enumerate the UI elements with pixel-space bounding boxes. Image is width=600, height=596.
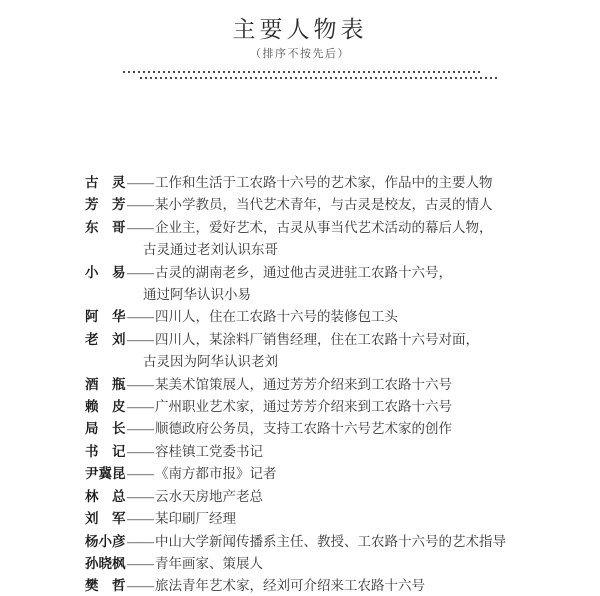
character-description: 某美术馆策展人，通过芳芳介绍来到工农路十六号	[155, 374, 560, 396]
character-description: 旅法青年艺术家，经刘可介绍来工农路十六号	[155, 575, 560, 596]
character-name: 刘 军	[85, 508, 127, 530]
character-entry: 尹冀昆 —— 《南方都市报》记者	[85, 463, 560, 485]
dash-separator: ——	[127, 217, 155, 239]
dash-separator: ——	[127, 194, 155, 216]
character-description-line: 工作和生活于工农路十六号的艺术家，作品中的主要人物	[155, 172, 560, 194]
character-description-line: 四川人，住在工农路十六号的装修包工头	[155, 306, 560, 328]
character-name: 林 总	[85, 486, 127, 508]
character-description: 青年画家、策展人	[155, 553, 560, 575]
character-description-line: 古灵的湖南老乡，通过他古灵进驻工农路十六号，	[155, 262, 560, 284]
dash-separator: ——	[127, 486, 155, 508]
character-description: 中山大学新闻传播系主任、教授、工农路十六号的艺术指导	[155, 531, 560, 553]
character-name: 东 哥	[85, 217, 127, 239]
book-page: 主要人物表 （排序不按先后） 古 灵 —— 工作和生活于工农路十六号的艺术家，作…	[0, 0, 600, 596]
character-description-line: 云水天房地产老总	[155, 486, 560, 508]
character-description: 某印刷厂经理	[155, 508, 560, 530]
character-entry: 书 记 —— 容桂镇工党委书记	[85, 441, 560, 463]
character-description: 工作和生活于工农路十六号的艺术家，作品中的主要人物	[155, 172, 560, 194]
character-description-line: 企业主，爱好艺术，古灵从事当代艺术活动的幕后人物，	[155, 217, 560, 239]
character-description: 广州职业艺术家，通过芳芳介绍来到工农路十六号	[155, 396, 560, 418]
character-entry: 老 刘 —— 四川人，某涂料厂销售经理，住在工农路十六号对面，古灵因为阿华认识老…	[85, 329, 560, 374]
character-description: 四川人，住在工农路十六号的装修包工头	[155, 306, 560, 328]
character-entry: 孙晓枫 —— 青年画家、策展人	[85, 553, 560, 575]
character-description-line: 古灵通过老刘认识东哥	[143, 239, 560, 261]
character-name: 小 易	[85, 262, 127, 284]
character-description-line: 《南方都市报》记者	[155, 463, 560, 485]
character-description-line: 广州职业艺术家，通过芳芳介绍来到工农路十六号	[155, 396, 560, 418]
character-name: 杨小彦	[85, 531, 127, 553]
character-list: 古 灵 —— 工作和生活于工农路十六号的艺术家，作品中的主要人物 芳 芳 —— …	[85, 172, 560, 596]
character-name: 芳 芳	[85, 194, 127, 216]
character-description: 容桂镇工党委书记	[155, 441, 560, 463]
dash-separator: ——	[127, 441, 155, 463]
character-name: 孙晓枫	[85, 553, 127, 575]
page-title: 主要人物表	[0, 0, 600, 45]
dash-separator: ——	[127, 374, 155, 396]
character-name: 樊 哲	[85, 575, 127, 596]
dash-separator: ——	[127, 396, 155, 418]
character-description: 古灵的湖南老乡，通过他古灵进驻工农路十六号，通过阿华认识小易	[155, 262, 560, 307]
character-name: 尹冀昆	[85, 463, 127, 485]
character-description-line: 容桂镇工党委书记	[155, 441, 560, 463]
dash-separator: ——	[127, 418, 155, 440]
character-entry: 杨小彦 —— 中山大学新闻传播系主任、教授、工农路十六号的艺术指导	[85, 531, 560, 553]
character-entry: 樊 哲 —— 旅法青年艺术家，经刘可介绍来工农路十六号	[85, 575, 560, 596]
character-entry: 酒 瓶 —— 某美术馆策展人，通过芳芳介绍来到工农路十六号	[85, 374, 560, 396]
character-description-line: 中山大学新闻传播系主任、教授、工农路十六号的艺术指导	[155, 531, 560, 553]
character-description: 四川人，某涂料厂销售经理，住在工农路十六号对面，古灵因为阿华认识老刘	[155, 329, 560, 374]
character-description: 云水天房地产老总	[155, 486, 560, 508]
dash-separator: ——	[127, 531, 155, 553]
dashed-line-top	[123, 71, 481, 73]
character-name: 酒 瓶	[85, 374, 127, 396]
dash-separator: ——	[127, 172, 155, 194]
character-description-line: 某美术馆策展人，通过芳芳介绍来到工农路十六号	[155, 374, 560, 396]
character-description: 企业主，爱好艺术，古灵从事当代艺术活动的幕后人物，古灵通过老刘认识东哥	[155, 217, 560, 262]
character-description: 《南方都市报》记者	[155, 463, 560, 485]
character-description: 某小学教员，当代艺术青年，与古灵是校友，古灵的情人	[155, 194, 560, 216]
character-description-line: 某印刷厂经理	[155, 508, 560, 530]
dash-separator: ——	[127, 262, 155, 284]
dash-separator: ——	[127, 508, 155, 530]
character-name: 局 长	[85, 418, 127, 440]
character-entry: 芳 芳 —— 某小学教员，当代艺术青年，与古灵是校友，古灵的情人	[85, 194, 560, 216]
character-entry: 古 灵 —— 工作和生活于工农路十六号的艺术家，作品中的主要人物	[85, 172, 560, 194]
character-description-line: 旅法青年艺术家，经刘可介绍来工农路十六号	[155, 575, 560, 596]
character-entry: 小 易 —— 古灵的湖南老乡，通过他古灵进驻工农路十六号，通过阿华认识小易	[85, 262, 560, 307]
dash-separator: ——	[127, 553, 155, 575]
character-entry: 东 哥 —— 企业主，爱好艺术，古灵从事当代艺术活动的幕后人物，古灵通过老刘认识…	[85, 217, 560, 262]
dash-separator: ——	[127, 463, 155, 485]
character-name: 老 刘	[85, 329, 127, 351]
character-name: 古 灵	[85, 172, 127, 194]
dash-separator: ——	[127, 329, 155, 351]
character-name: 赖 皮	[85, 396, 127, 418]
character-name: 阿 华	[85, 306, 127, 328]
double-dashed-rule	[0, 71, 600, 79]
page-subtitle: （排序不按先后）	[0, 47, 600, 62]
dash-separator: ——	[127, 306, 155, 328]
character-name: 书 记	[85, 441, 127, 463]
character-entry: 林 总 —— 云水天房地产老总	[85, 486, 560, 508]
character-entry: 赖 皮 —— 广州职业艺术家，通过芳芳介绍来到工农路十六号	[85, 396, 560, 418]
character-entry: 局 长 —— 顺德政府公务员，支持工农路十六号艺术家的创作	[85, 418, 560, 440]
character-description-line: 顺德政府公务员，支持工农路十六号艺术家的创作	[155, 418, 560, 440]
dashed-line-bottom	[140, 77, 497, 79]
character-description-line: 青年画家、策展人	[155, 553, 560, 575]
character-description-line: 古灵因为阿华认识老刘	[143, 351, 560, 373]
character-entry: 刘 军 —— 某印刷厂经理	[85, 508, 560, 530]
character-description-line: 通过阿华认识小易	[143, 284, 560, 306]
character-description-line: 四川人，某涂料厂销售经理，住在工农路十六号对面，	[155, 329, 560, 351]
character-description: 顺德政府公务员，支持工农路十六号艺术家的创作	[155, 418, 560, 440]
dash-separator: ——	[127, 575, 155, 596]
character-description-line: 某小学教员，当代艺术青年，与古灵是校友，古灵的情人	[155, 194, 560, 216]
character-entry: 阿 华 —— 四川人，住在工农路十六号的装修包工头	[85, 306, 560, 328]
